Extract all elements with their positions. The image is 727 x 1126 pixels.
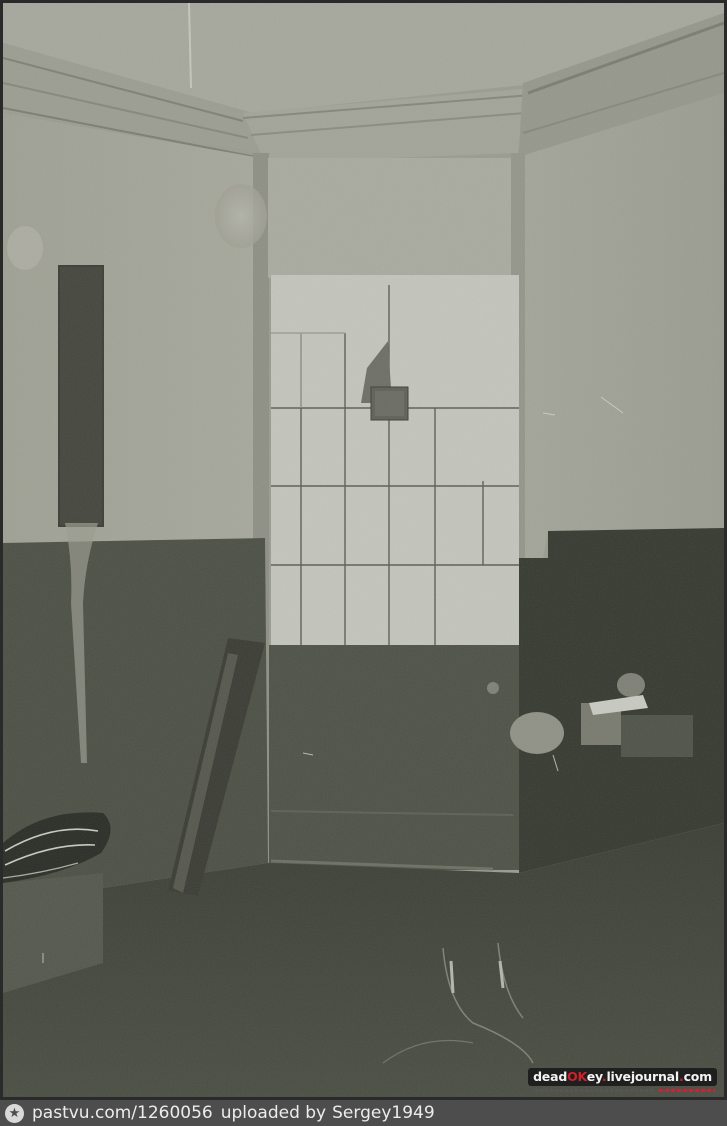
photo-frame: deadOKey.livejournal.com [0, 0, 727, 1100]
uploaded-by-label: uploaded by [221, 1103, 326, 1123]
watermark-deadokey: deadOKey.livejournal.com [528, 1068, 717, 1086]
watermark-subtitle [535, 1088, 715, 1093]
photo-link[interactable]: pastvu.com/1260056 [32, 1103, 213, 1123]
archival-photo [3, 3, 724, 1097]
watermark-subtitle-gray [535, 1089, 653, 1092]
room-scene [3, 3, 724, 1097]
watermark-subtitle-red [659, 1089, 715, 1092]
caption-bar: ★ pastvu.com/1260056 uploaded by Sergey1… [0, 1100, 727, 1126]
star-icon: ★ [5, 1104, 24, 1123]
uploader-name[interactable]: Sergey1949 [332, 1103, 435, 1123]
